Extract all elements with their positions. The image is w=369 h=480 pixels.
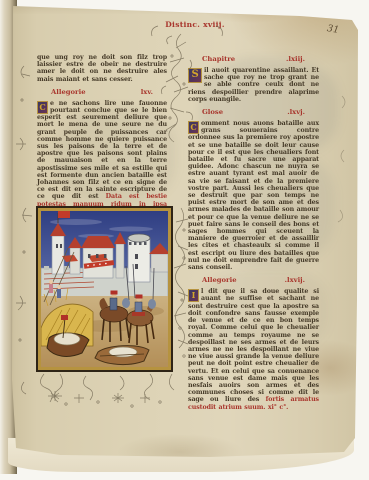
miniature-siege-battle-scene <box>36 206 173 372</box>
verso-showthrough <box>200 58 338 158</box>
central-building <box>83 248 113 278</box>
folio-number: 31 <box>326 23 340 36</box>
rubric-label: Glose <box>202 108 223 116</box>
miniature-outer-frame <box>37 207 172 371</box>
rubric-label: Allegorie <box>51 88 86 96</box>
rubric-number: lxv. <box>141 88 153 96</box>
miniature-gold-frame <box>40 210 170 369</box>
pen-flourishes <box>0 0 369 480</box>
left-paragraph-1: que ung roy ne doit son filz trop laissi… <box>37 54 167 83</box>
bottom-flourish-band <box>40 374 174 407</box>
illuminated-initial: S <box>188 68 202 83</box>
right-rubric-allegorie: Allegorie .lxvij. <box>188 276 319 284</box>
boats <box>47 315 149 365</box>
rubric-label: Allegorie <box>202 276 237 284</box>
right-paragraph-3: Il dit que il sa doue qualite si auant n… <box>188 288 319 410</box>
illuminated-initial: C <box>37 101 48 114</box>
right-margin-flourishes <box>338 96 345 222</box>
verso-showthrough <box>200 268 328 353</box>
walled-city <box>41 211 170 298</box>
clouds <box>50 219 153 238</box>
illuminated-initial: C <box>188 121 199 134</box>
knights-on-horseback <box>100 264 156 345</box>
manuscript-page: Distinc. xviij. 31 que ung roy ne doit s… <box>0 0 369 480</box>
star-motif <box>112 393 124 403</box>
right-rubric-glose: Glose .lxvj. <box>188 108 319 116</box>
illuminated-initial: I <box>188 289 199 302</box>
rubric-number: .lxvij. <box>285 276 305 284</box>
rubric-number: .lxiij. <box>286 55 305 63</box>
red-banner <box>58 211 70 218</box>
ground <box>41 296 168 367</box>
red-brick-courses <box>44 272 94 289</box>
miniature-right-flourish <box>174 208 188 357</box>
gloss-text: omment nous auons bataille aux grans sou… <box>188 120 319 271</box>
dotted-red-banner <box>84 260 114 269</box>
star-motif <box>48 391 62 401</box>
right-paragraph-2: Comment nous auons bataille aux grans so… <box>188 120 319 271</box>
right-paragraph-1: Sil auoit quarentine assaillant. Et sach… <box>188 67 319 103</box>
left-rubric-allegorie: Allegorie lxv. <box>37 88 167 96</box>
round-tower <box>128 238 150 282</box>
left-margin-flourishes <box>16 66 32 394</box>
gloss-text: e ne sachons lire une fauonne pourtant c… <box>37 100 167 201</box>
verso-showthrough <box>58 108 176 203</box>
manuscript-photo: Distinc. xviij. 31 que ung roy ne doit s… <box>0 0 369 480</box>
allegory-text: l dit que il sa doue qualite si auant ne… <box>188 288 319 403</box>
title-flourish <box>152 26 223 36</box>
rubric-label: Chapitre <box>202 55 235 63</box>
chapter-text: il auoit quarentine assaillant. Et sache… <box>188 67 319 103</box>
sky <box>41 211 168 306</box>
foot-soldiers <box>44 248 74 305</box>
center-column-flourish <box>162 34 193 142</box>
latin-citation-red: Data est bestie potestas manuum ridum in… <box>37 193 167 214</box>
right-rubric-chapitre: Chapitre .lxiij. <box>188 55 319 63</box>
left-tower <box>52 236 64 274</box>
running-title: Distinc. xviij. <box>150 20 240 29</box>
left-text-column: que ung roy ne doit son filz trop laissi… <box>37 54 167 215</box>
left-paragraph-2: Ce ne sachons lire une fauonne pourtant … <box>37 100 167 215</box>
wheat-pile <box>41 288 93 346</box>
latin-citation-red: fortis armatus custodit atrium suum. xi°… <box>188 396 319 410</box>
rubric-number: .lxvj. <box>287 108 305 116</box>
right-text-column: Chapitre .lxiij. Sil auoit quarentine as… <box>188 50 319 411</box>
verso-showthrough <box>212 150 334 265</box>
